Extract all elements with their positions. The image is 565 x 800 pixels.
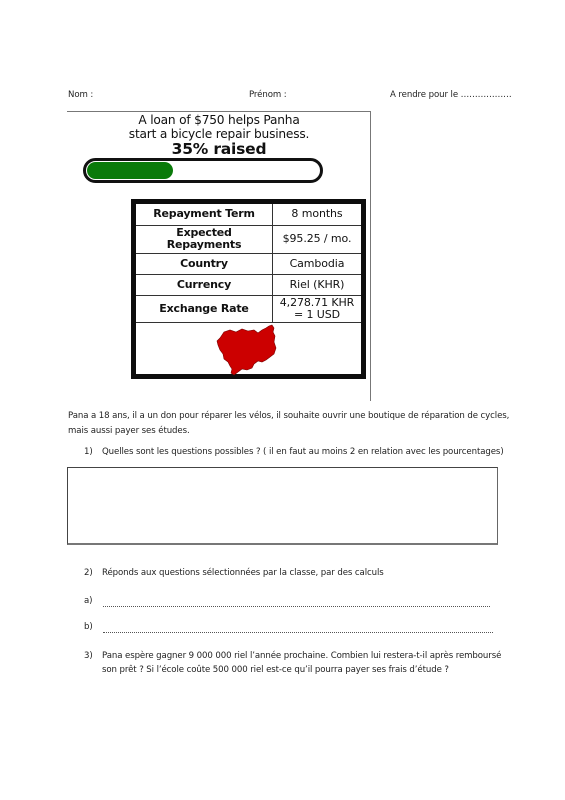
country-label: Country xyxy=(136,253,273,274)
question-3-text-line1: Pana espère gagner 9 000 000 riel l’anné… xyxy=(102,651,501,661)
question-1-answer-box[interactable] xyxy=(67,467,498,545)
table-row: Currency Riel (KHR) xyxy=(136,274,361,295)
currency-label: Currency xyxy=(136,274,273,295)
question-3-text-line2: son prêt ? Si l’école coûte 500 000 riel… xyxy=(102,665,449,675)
table-row: Expected Repayments $95.25 / mo. xyxy=(136,225,361,253)
raised-percent-text: 35% raised xyxy=(67,140,371,158)
loan-headline-line1: A loan of $750 helps Panha xyxy=(67,113,371,127)
table-row: Exchange Rate 4,278.71 KHR = 1 USD xyxy=(136,295,361,322)
repayment-term-label: Repayment Term xyxy=(136,204,273,225)
answer-a-line[interactable] xyxy=(103,605,490,607)
exchange-rate-label: Exchange Rate xyxy=(136,295,273,322)
funding-progress-bar xyxy=(83,158,323,183)
intro-text-line1: Pana a 18 ans, il a un don pour réparer … xyxy=(68,411,509,421)
question-2-text: Réponds aux questions sélectionnées par … xyxy=(102,568,384,578)
repayment-term-value: 8 months xyxy=(273,204,362,225)
table-row: Country Cambodia xyxy=(136,253,361,274)
country-value: Cambodia xyxy=(273,253,362,274)
exchange-rate-value-line1: 4,278.71 KHR xyxy=(273,297,361,309)
loan-headline-line2: start a bicycle repair business. xyxy=(67,127,371,141)
intro-text-line2: mais aussi payer ses études. xyxy=(68,426,190,436)
due-date-label: A rendre pour le ……………… xyxy=(390,90,512,100)
answer-b-line[interactable] xyxy=(103,631,493,633)
expected-repayments-label: Expected Repayments xyxy=(136,225,273,253)
exchange-rate-value: 4,278.71 KHR = 1 USD xyxy=(273,295,362,322)
map-cell xyxy=(136,322,361,380)
currency-value: Riel (KHR) xyxy=(273,274,362,295)
funding-progress-fill xyxy=(87,162,173,179)
question-2-number: 2) xyxy=(84,568,93,578)
question-3-number: 3) xyxy=(84,651,93,661)
first-name-label: Prénom : xyxy=(249,90,287,100)
question-1-text: Quelles sont les questions possibles ? (… xyxy=(102,447,504,457)
table-row: Repayment Term 8 months xyxy=(136,204,361,225)
answer-b-label: b) xyxy=(84,622,93,632)
expected-repayments-label-line2: Repayments xyxy=(136,239,272,251)
loan-details-table: Repayment Term 8 months Expected Repayme… xyxy=(131,199,366,379)
name-label: Nom : xyxy=(68,90,93,100)
exchange-rate-value-line2: = 1 USD xyxy=(273,309,361,321)
answer-a-label: a) xyxy=(84,596,92,606)
cambodia-map-icon xyxy=(214,324,280,376)
expected-repayments-value: $95.25 / mo. xyxy=(273,225,362,253)
question-1-number: 1) xyxy=(84,447,93,457)
table-row xyxy=(136,322,361,380)
